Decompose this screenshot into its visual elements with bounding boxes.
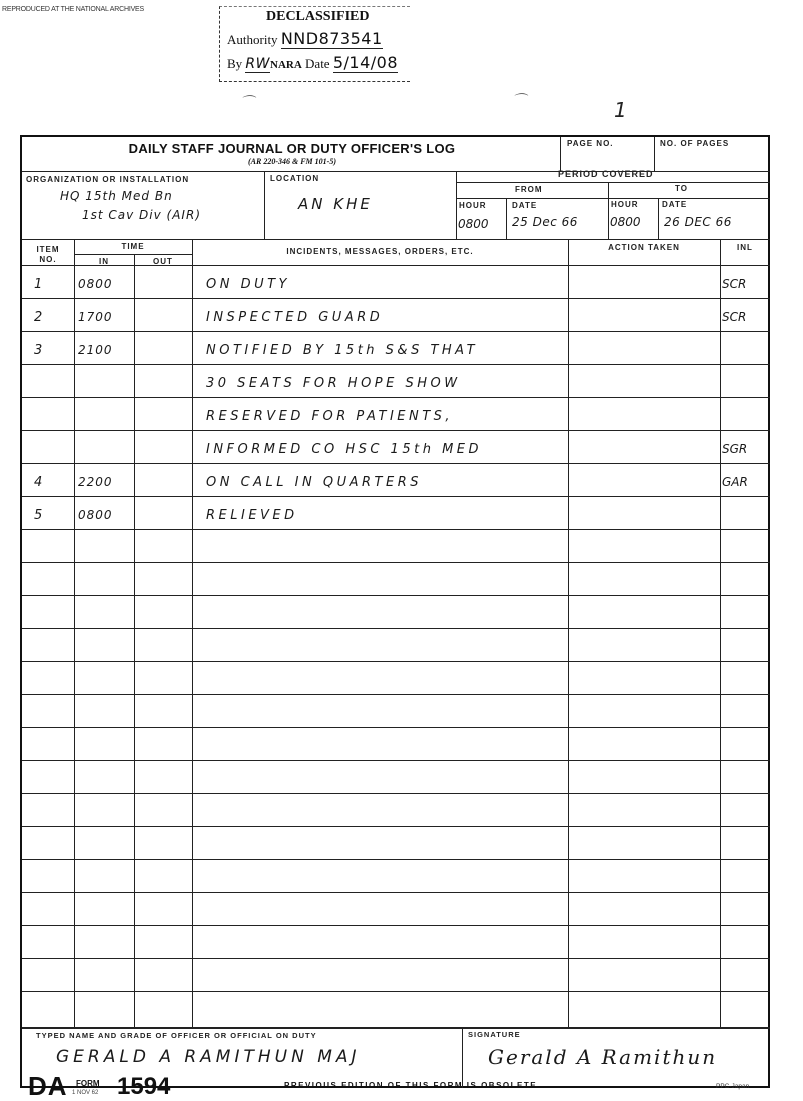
margin-mark: ⌒ <box>240 92 254 112</box>
log-cell-inl: SGR <box>722 442 747 456</box>
by-label: By <box>227 56 242 71</box>
log-cell-inl: SCR <box>722 310 746 324</box>
log-cell-text: 30 SEATS FOR HOPE SHOW <box>206 376 461 391</box>
signature-value: Gerald A Ramithun <box>488 1045 717 1069</box>
col-item-no: ITEM NO. <box>34 245 62 265</box>
log-cell-inl: GAR <box>722 475 748 489</box>
date-label: Date <box>305 56 330 71</box>
form-number: 1594 <box>117 1074 170 1100</box>
signature-label: SIGNATURE <box>468 1030 521 1039</box>
form-title: DAILY STAFF JOURNAL OR DUTY OFFICER'S LO… <box>22 141 562 156</box>
to-date-value: 26 DEC 66 <box>664 215 732 229</box>
log-cell-inl: SCR <box>722 277 746 291</box>
date-value: 5/14/08 <box>333 53 398 73</box>
num-pages-label: NO. OF PAGES <box>660 139 729 148</box>
to-hour-value: 0800 <box>610 215 641 229</box>
log-cell-item: 1 <box>34 277 46 292</box>
period-covered-label: PERIOD COVERED <box>558 169 654 179</box>
log-cell-text: RELIEVED <box>206 508 298 523</box>
duty-officer-log-form: DAILY STAFF JOURNAL OR DUTY OFFICER'S LO… <box>20 135 770 1088</box>
to-date-label: DATE <box>662 200 687 209</box>
organization-line1: HQ 15th Med Bn <box>60 189 173 203</box>
agency: NARA <box>270 59 302 71</box>
from-date-value: 25 Dec 66 <box>512 215 578 229</box>
stamp-by-line: By RWNARA Date 5/14/08 <box>227 53 398 73</box>
form-word: FORM <box>76 1079 100 1088</box>
from-label: FROM <box>515 185 543 194</box>
log-cell-in: 2200 <box>78 475 113 489</box>
log-cell-text: INSPECTED GUARD <box>206 310 383 325</box>
authority-label: Authority <box>227 32 278 47</box>
stamp-title: DECLASSIFIED <box>266 9 369 25</box>
page-no-label: PAGE NO. <box>567 139 614 148</box>
log-cell-item: 2 <box>34 310 46 325</box>
log-cell-item: 4 <box>34 475 46 490</box>
authority-value: NND873541 <box>281 29 383 49</box>
from-hour-value: 0800 <box>458 217 489 231</box>
log-cell-in: 0800 <box>78 277 113 291</box>
from-hour-label: HOUR <box>459 201 487 210</box>
log-cell-text: NOTIFIED BY 15th S&S THAT <box>206 343 478 358</box>
log-cell-item: 3 <box>34 343 46 358</box>
log-cell-text: ON DUTY <box>206 277 290 292</box>
log-cell-text: INFORMED CO HSC 15th MED <box>206 442 482 457</box>
col-time: TIME <box>74 242 192 251</box>
margin-mark: ⌒ <box>512 90 526 110</box>
location-value: AN KHE <box>298 195 373 213</box>
by-value: RW <box>245 56 270 73</box>
log-cell-text: ON CALL IN QUARTERS <box>206 475 422 490</box>
log-cell-in: 2100 <box>78 343 113 357</box>
log-cell-in: 1700 <box>78 310 113 324</box>
archive-note: REPRODUCED AT THE NATIONAL ARCHIVES <box>2 6 144 13</box>
to-label: TO <box>675 184 688 193</box>
officer-label: TYPED NAME AND GRADE OF OFFICER OR OFFIC… <box>36 1031 317 1040</box>
page-annotation: 1 <box>614 98 627 122</box>
organization-label: ORGANIZATION OR INSTALLATION <box>26 175 189 184</box>
form-subtitle: (AR 220-346 & FM 101-5) <box>22 157 562 166</box>
form-prefix: DA <box>28 1073 68 1099</box>
col-inl: INL <box>720 243 770 252</box>
from-date-label: DATE <box>512 201 537 210</box>
stamp-authority-line: Authority NND873541 <box>227 29 383 49</box>
log-cell-text: RESERVED FOR PATIENTS, <box>206 409 453 424</box>
col-incidents: INCIDENTS, MESSAGES, ORDERS, ETC. <box>192 247 568 256</box>
form-date: 1 NOV 62 <box>72 1090 98 1096</box>
to-hour-label: HOUR <box>611 200 639 209</box>
col-action: ACTION TAKEN <box>568 243 720 252</box>
declassification-stamp: DECLASSIFIED Authority NND873541 By RWNA… <box>219 6 410 82</box>
log-cell-item: 5 <box>34 508 46 523</box>
location-label: LOCATION <box>270 174 319 183</box>
officer-value: GERALD A RAMITHUN MAJ <box>56 1047 361 1067</box>
organization-line2: 1st Cav Div (AIR) <box>82 208 201 222</box>
log-cell-in: 0800 <box>78 508 113 522</box>
printer-note: PPC-Japan <box>716 1083 749 1090</box>
obsolete-note: PREVIOUS EDITION OF THIS FORM IS OBSOLET… <box>284 1081 541 1090</box>
